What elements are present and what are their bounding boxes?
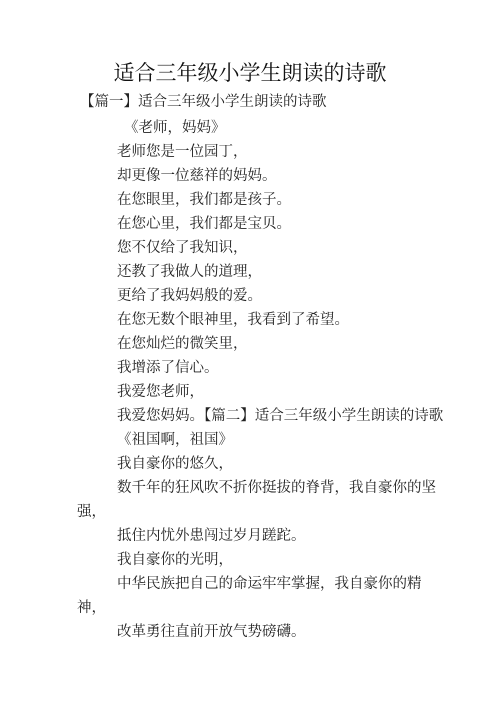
text-line: 在您心里，我们都是宝贝。: [117, 214, 291, 234]
text-line: 我爱您妈妈。【篇二】适合三年级小学生朗读的诗歌: [117, 406, 443, 426]
text-line: 老师您是一位园丁，: [117, 142, 248, 162]
text-line: 中华民族把自己的命运牢牢掌握，我自豪你的精: [117, 574, 422, 594]
text-line: 抵住内忧外患闯过岁月蹉跎。: [117, 526, 306, 546]
text-line: 《老师，妈妈》: [124, 118, 226, 138]
text-line: 改革勇往直前开放气势磅礴。: [117, 622, 306, 642]
text-line: 在您眼里，我们都是孩子。: [117, 190, 291, 210]
text-line: 更给了我妈妈般的爱。: [117, 286, 262, 306]
text-line: 我增添了信心。: [117, 358, 219, 378]
text-line: 在您灿烂的微笑里，: [117, 334, 248, 354]
text-line: 却更像一位慈祥的妈妈。: [117, 166, 277, 186]
text-line: 您不仅给了我知识，: [117, 238, 248, 258]
text-line: 我自豪你的悠久，: [117, 454, 233, 474]
text-line: 神，: [77, 598, 106, 618]
text-line: 还教了我做人的道理，: [117, 262, 262, 282]
text-line: 我自豪你的光明，: [117, 550, 233, 570]
document-title: 适合三年级小学生朗读的诗歌: [0, 58, 500, 88]
text-line: 我爱您老师，: [117, 382, 204, 402]
text-line: 强，: [77, 502, 106, 522]
text-line: 在您无数个眼神里，我看到了希望。: [117, 310, 349, 330]
text-line: 《祖国啊，祖国》: [117, 430, 233, 450]
text-line: 【篇一】适合三年级小学生朗读的诗歌: [80, 92, 327, 112]
text-line: 数千年的狂风吹不折你挺拔的脊背，我自豪你的坚: [117, 478, 436, 498]
